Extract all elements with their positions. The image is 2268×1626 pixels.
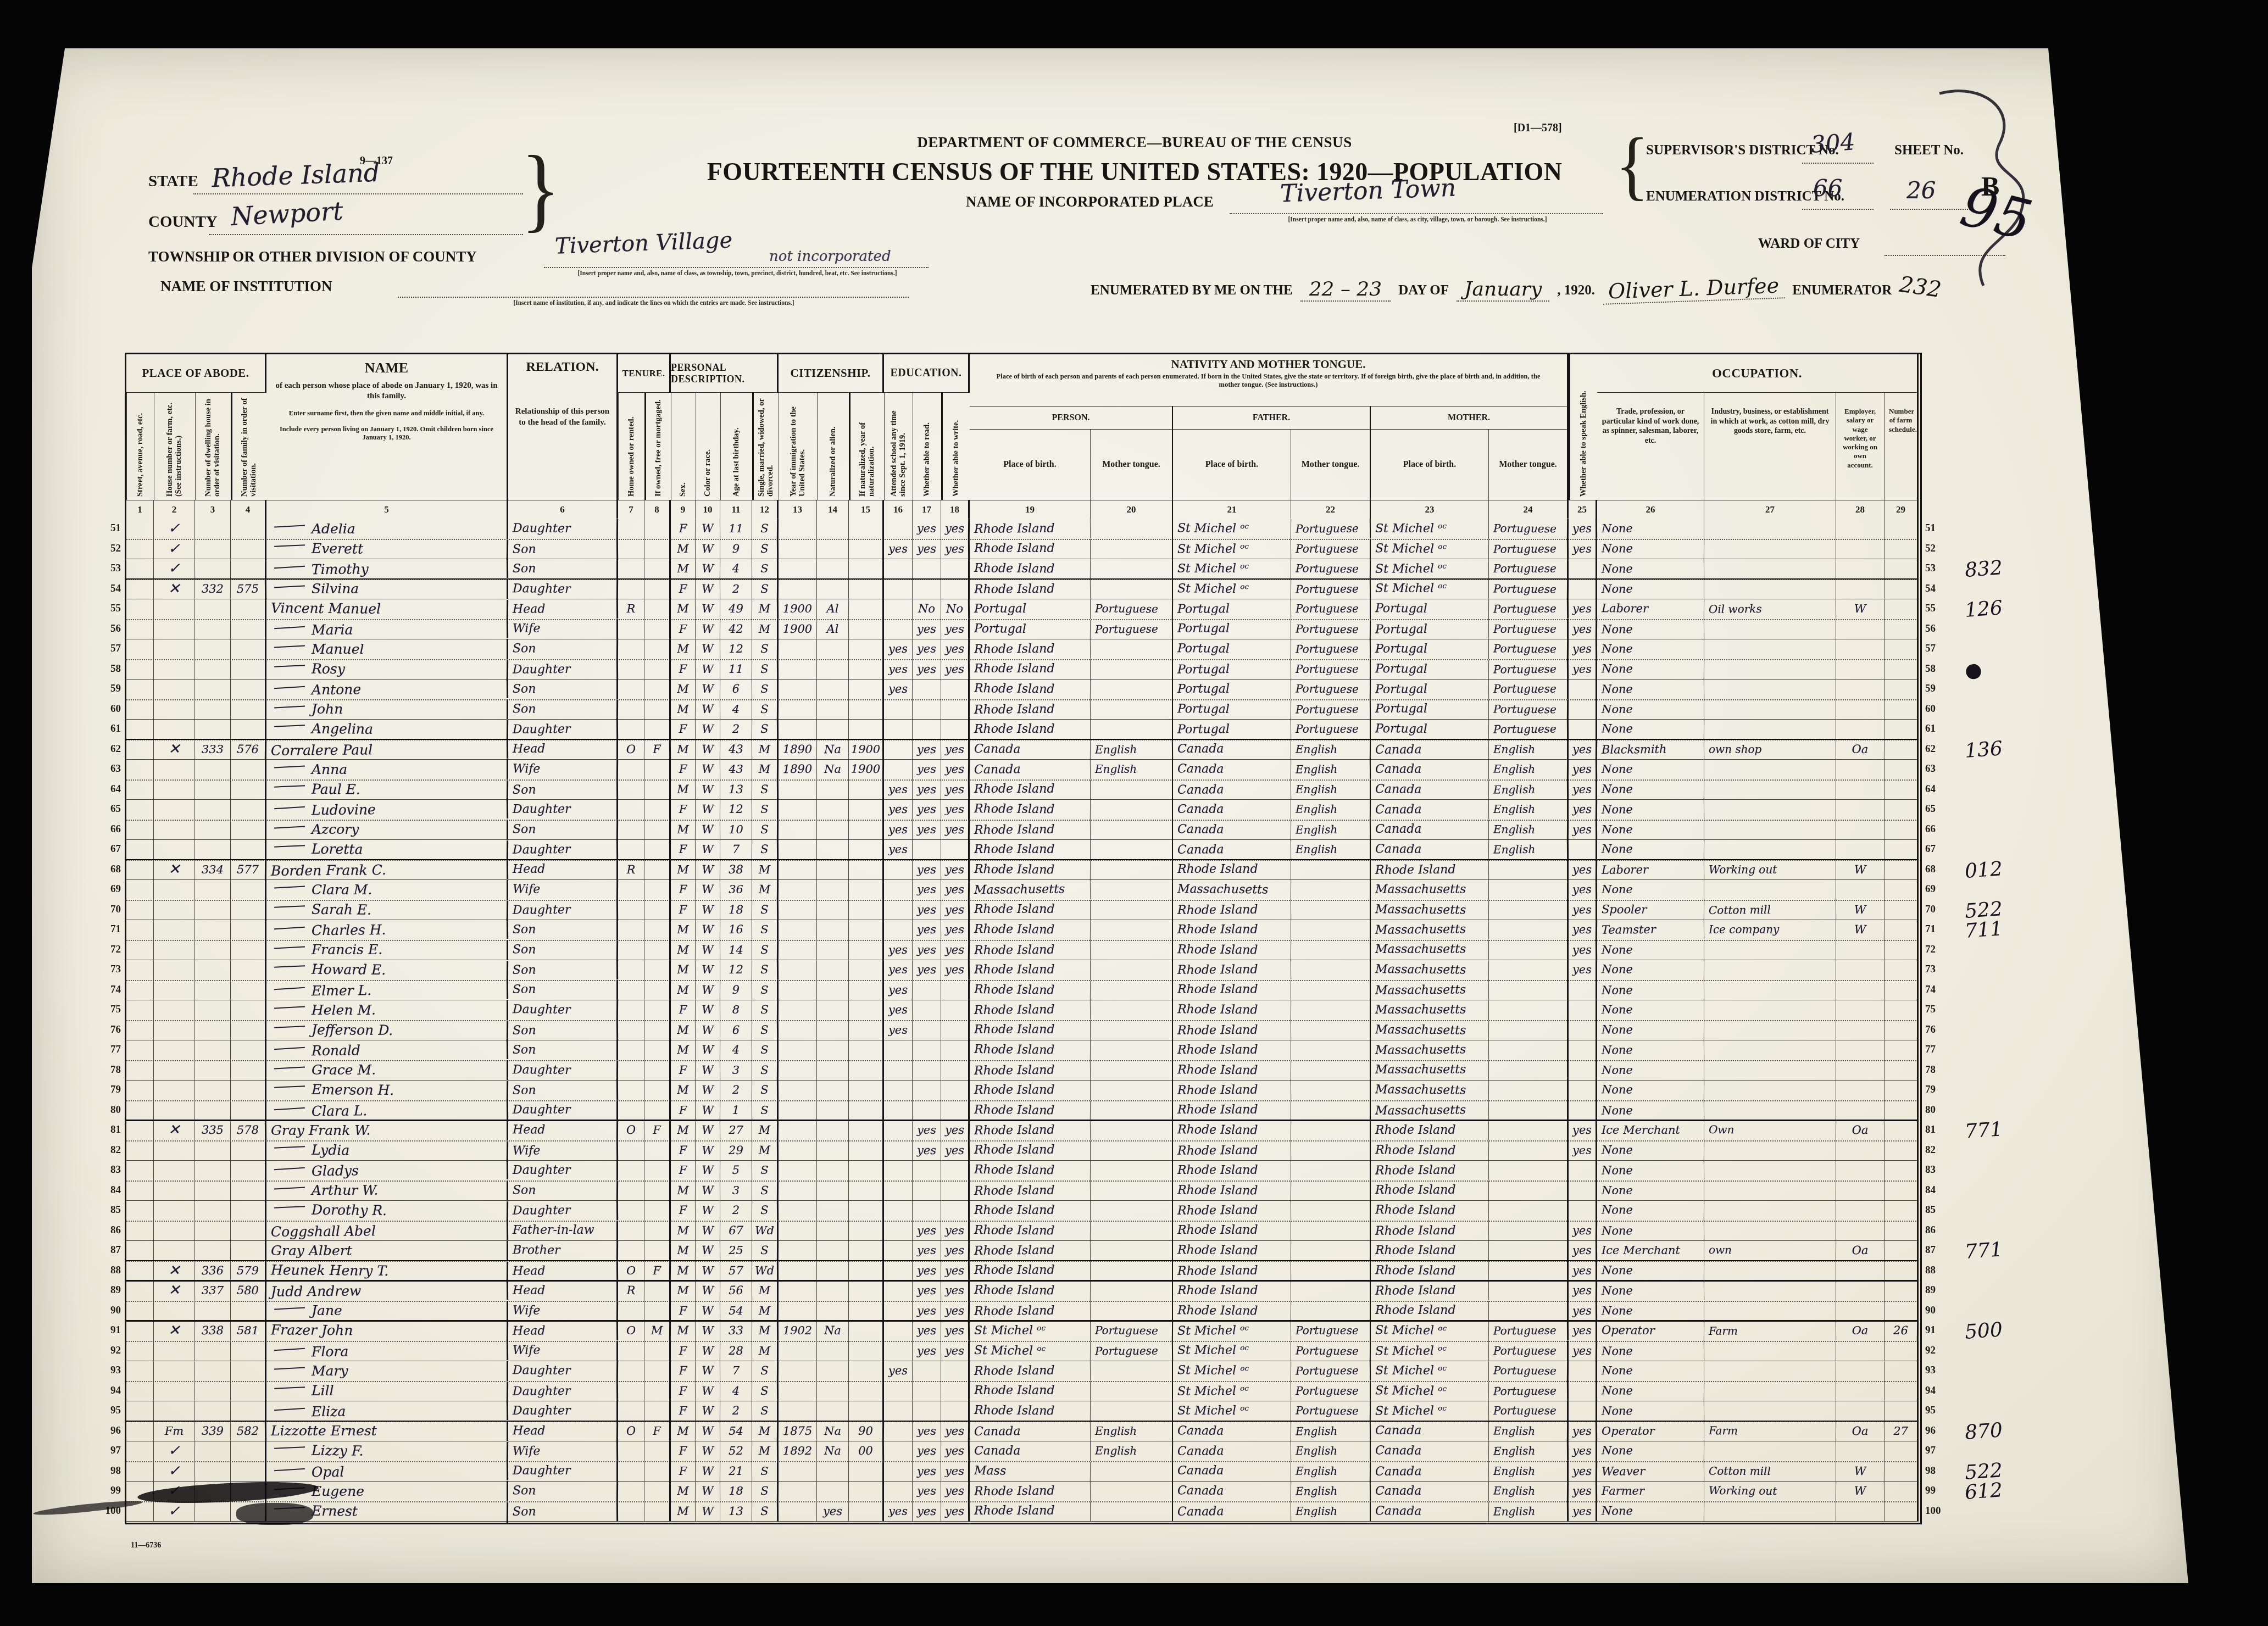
supervisor-district-line: [1802, 162, 1874, 164]
col-20-header: Mother tongue.: [1091, 430, 1173, 500]
r97-c22: English: [1291, 1441, 1371, 1461]
r58-c15: [849, 659, 884, 680]
r78-c8: [644, 1060, 671, 1081]
r53-c10: W: [696, 559, 720, 579]
r60-c21: Portugal: [1173, 699, 1291, 720]
col-number-21: 21: [1173, 500, 1291, 519]
r76-c7: [618, 1020, 644, 1040]
r65-c24: English: [1489, 799, 1569, 820]
r77-c5: Ronald: [266, 1039, 508, 1061]
r94-c25: [1569, 1381, 1597, 1401]
ditto-dash: [274, 686, 305, 689]
table-row: 8282LydiaWifeFW29MyesyesRhode IslandRhod…: [126, 1140, 1919, 1161]
r92-c13: [779, 1341, 817, 1361]
r87-c19: Rhode Island: [970, 1240, 1091, 1261]
r89-c21: Rhode Island: [1173, 1280, 1291, 1301]
col-number-20: 20: [1091, 500, 1173, 519]
table-row: 9393MaryDaughterFW7SyesRhode IslandSt Mi…: [126, 1361, 1919, 1382]
r58-c17: yes: [913, 659, 941, 679]
r77-c29: [1885, 1040, 1919, 1060]
r81-c19: Rhode Island: [970, 1120, 1091, 1140]
r100-c21: Canada: [1173, 1501, 1291, 1522]
r67-c27: [1704, 839, 1836, 860]
r75-c6: Daughter: [508, 999, 618, 1020]
r78-c25: [1569, 1060, 1597, 1081]
r60-c10: W: [696, 699, 720, 719]
r97-c15: 00: [849, 1441, 884, 1461]
r77-c24: [1489, 1040, 1569, 1060]
r66-c8: [644, 820, 671, 840]
r96-c25: yes: [1569, 1421, 1597, 1441]
r62-c18: yes: [941, 739, 970, 760]
r100-c19: Rhode Island: [970, 1501, 1091, 1522]
r66-c15: [849, 820, 884, 840]
r56-c5: Maria: [266, 618, 508, 640]
r77-c7: [618, 1040, 644, 1060]
r90-c4: [231, 1301, 266, 1321]
r52-c6: Son: [508, 538, 618, 559]
r60-c4: [231, 699, 266, 720]
r74-c1: [126, 980, 154, 1000]
r93-c12: S: [752, 1361, 779, 1381]
r52-c10: W: [696, 539, 720, 559]
family-separator: [126, 1120, 1919, 1121]
r74-c20: [1091, 980, 1173, 1000]
r54-c9: F: [671, 578, 696, 599]
r55-c10: W: [696, 599, 720, 619]
r62-c15: 1900: [849, 739, 884, 760]
r94-c14: [817, 1381, 849, 1401]
r79-c7: [618, 1080, 644, 1100]
r86-c18: yes: [941, 1221, 970, 1241]
line-number-left: 66: [96, 820, 121, 840]
r71-c6: Son: [508, 920, 618, 940]
r80-c3: [195, 1100, 231, 1121]
r100-c24: English: [1489, 1501, 1569, 1522]
r96-c18: yes: [941, 1421, 970, 1441]
enumerated-dates: 22 – 23: [1300, 278, 1391, 302]
r52-c9: M: [671, 538, 696, 559]
r69-c15: [849, 879, 884, 900]
table-row: 8484Arthur W.SonMW3SRhode IslandRhode Is…: [126, 1180, 1919, 1201]
r77-c25: [1569, 1040, 1597, 1060]
r52-c26: None: [1597, 538, 1704, 559]
r86-c15: [849, 1221, 884, 1241]
r100-c17: yes: [913, 1501, 941, 1521]
r98-c17: yes: [913, 1461, 941, 1481]
r72-c5: Francis E.: [266, 940, 508, 960]
table-row: 9696870Fm339582Lizzotte ErnestHeadOFMW54…: [126, 1421, 1919, 1442]
r78-c4: [231, 1060, 266, 1081]
ditto-dash: [274, 905, 305, 907]
r78-c12: S: [752, 1060, 779, 1080]
r91-c14: Na: [817, 1321, 849, 1341]
line-number-left: 69: [96, 879, 121, 900]
r88-c14: [817, 1261, 849, 1281]
r74-c23: Massachusetts: [1371, 979, 1489, 1000]
r80-c7: [618, 1100, 644, 1121]
family-separator: [126, 1320, 1919, 1322]
r70-c21: Rhode Island: [1173, 899, 1291, 920]
r51-c9: F: [671, 519, 696, 539]
r92-c4: [231, 1341, 266, 1361]
r53-c11: 4: [720, 559, 752, 579]
r77-c6: Son: [508, 1040, 618, 1060]
nativity-subgroup: MOTHER.: [1371, 406, 1569, 430]
r76-c18: [941, 1020, 970, 1040]
r66-c18: yes: [941, 819, 970, 839]
r80-c21: Rhode Island: [1173, 1100, 1291, 1121]
r65-c23: Canada: [1371, 799, 1489, 820]
r85-c23: Rhode Island: [1371, 1200, 1489, 1221]
r67-c26: None: [1597, 839, 1704, 860]
r79-c24: [1489, 1080, 1569, 1100]
r85-c19: Rhode Island: [970, 1200, 1091, 1221]
line-number-right: 83: [1925, 1160, 1958, 1180]
r95-c28: [1836, 1401, 1885, 1421]
r84-c21: Rhode Island: [1173, 1180, 1291, 1201]
r74-c16: yes: [884, 979, 913, 1000]
r75-c18: [941, 1000, 970, 1020]
r83-c1: [126, 1160, 154, 1180]
r54-c15: [849, 579, 884, 599]
r80-c22: [1291, 1100, 1371, 1121]
r62-c23: Canada: [1371, 739, 1489, 760]
r82-c5: Lydia: [266, 1139, 508, 1161]
r57-c29: [1885, 639, 1919, 659]
r98-c25: yes: [1569, 1461, 1597, 1481]
r61-c16: [884, 719, 913, 739]
r65-c26: None: [1597, 799, 1704, 820]
r95-c8: [644, 1401, 671, 1421]
r89-c8: [644, 1280, 671, 1301]
r52-c21: St Michel ᵒᶜ: [1173, 538, 1291, 559]
r91-c26: Operator: [1597, 1320, 1704, 1341]
r57-c19: Rhode Island: [970, 638, 1091, 659]
r80-c8: [644, 1100, 671, 1121]
r71-c15: [849, 920, 884, 940]
r68-c2: ✕: [154, 859, 195, 879]
r63-c6: Wife: [508, 759, 618, 779]
r82-c21: Rhode Island: [1173, 1140, 1291, 1161]
r89-c10: W: [696, 1280, 720, 1301]
r84-c12: S: [752, 1180, 779, 1200]
line-number-left: 60: [96, 699, 121, 720]
r55-c29: [1885, 599, 1919, 619]
r87-c21: Rhode Island: [1173, 1240, 1291, 1261]
r78-c16: [884, 1060, 913, 1081]
r66-c7: [618, 820, 644, 840]
r98-c2: ✓: [154, 1461, 195, 1481]
institution-note: [Insert name of institution, if any, and…: [401, 300, 907, 307]
r95-c6: Daughter: [508, 1401, 618, 1421]
r100-c22: English: [1291, 1501, 1371, 1522]
r83-c5: Gladys: [266, 1159, 508, 1181]
r82-c26: None: [1597, 1140, 1704, 1161]
r72-c3: [195, 940, 231, 960]
r60-c23: Portugal: [1371, 699, 1489, 720]
r55-c8: [644, 599, 671, 619]
r97-c11: 52: [720, 1441, 752, 1461]
r61-c25: [1569, 719, 1597, 739]
r51-c14: [817, 519, 849, 539]
r56-c28: [1836, 619, 1885, 639]
scan-border-left: [0, 0, 32, 1626]
r62-c28: Oa: [1836, 739, 1885, 759]
line-number-right: 52: [1925, 539, 1958, 559]
r91-c4: 581: [231, 1321, 266, 1341]
r97-c26: None: [1597, 1440, 1704, 1461]
r74-c26: None: [1597, 979, 1704, 1000]
r53-c20: [1091, 559, 1173, 579]
r70-c8: [644, 900, 671, 920]
r80-c25: [1569, 1100, 1597, 1121]
line-number-right: 51: [1925, 519, 1958, 539]
r58-c5: Rosy: [266, 658, 508, 680]
r67-c10: W: [696, 839, 720, 860]
r80-c4: [231, 1100, 266, 1121]
r87-c14: [817, 1240, 849, 1261]
r86-c13: [779, 1221, 817, 1241]
r79-c3: [195, 1080, 231, 1100]
r67-c2: [154, 839, 195, 860]
ditto-dash: [274, 965, 305, 967]
state-label: STATE: [148, 172, 198, 191]
r85-c16: [884, 1200, 913, 1221]
r54-c25: [1569, 579, 1597, 599]
r71-c18: yes: [941, 920, 970, 940]
r79-c29: [1885, 1080, 1919, 1100]
r65-c17: yes: [913, 799, 941, 820]
r65-c28: [1836, 799, 1885, 820]
r57-c4: [231, 639, 266, 659]
r92-c19: St Michel ᵒᶜ: [970, 1340, 1091, 1361]
r51-c6: Daughter: [508, 518, 618, 539]
r100-c8: [644, 1501, 671, 1522]
r100-c14: yes: [817, 1501, 849, 1521]
r73-c16: yes: [884, 960, 913, 980]
r97-c17: yes: [913, 1441, 941, 1461]
r79-c28: [1836, 1080, 1885, 1100]
r51-c18: yes: [941, 519, 970, 539]
r89-c4: 580: [231, 1280, 266, 1301]
r82-c23: Rhode Island: [1371, 1140, 1489, 1161]
r69-c25: yes: [1569, 879, 1597, 900]
r80-c26: None: [1597, 1100, 1704, 1121]
enumerator-signature: Oliver L. Durfee: [1602, 273, 1785, 305]
r62-c11: 43: [720, 739, 752, 759]
r60-c6: Son: [508, 699, 618, 720]
r74-c2: [154, 980, 195, 1000]
r80-c27: [1704, 1100, 1836, 1121]
r51-c15: [849, 519, 884, 539]
r73-c5: Howard E.: [266, 959, 508, 981]
r63-c9: F: [671, 759, 696, 779]
r70-c19: Rhode Island: [970, 900, 1091, 920]
r59-c22: Portuguese: [1291, 678, 1371, 699]
r82-c15: [849, 1140, 884, 1161]
r64-c29: [1885, 779, 1919, 800]
r91-c25: yes: [1569, 1321, 1597, 1341]
line-number-left: 85: [96, 1200, 121, 1221]
r95-c12: S: [752, 1401, 779, 1421]
r62-c22: English: [1291, 739, 1371, 760]
group-title: PERSONAL DESCRIPTION.: [671, 354, 779, 393]
r51-c28: [1836, 519, 1885, 539]
r94-c20: [1091, 1381, 1173, 1401]
supervisor-district-label: SUPERVISOR'S DISTRICT No.: [1646, 143, 1839, 158]
r90-c21: Rhode Island: [1173, 1300, 1291, 1321]
r93-c18: [941, 1361, 970, 1381]
r80-c24: [1489, 1100, 1569, 1121]
enumerator-label: ENUMERATOR: [1792, 283, 1892, 298]
r62-c7: O: [618, 739, 644, 759]
r96-c7: O: [618, 1421, 644, 1441]
line-number-right: 80: [1925, 1100, 1958, 1121]
r81-c28: Oa: [1836, 1120, 1885, 1140]
table-row: 6969Clara M.WifeFW36MyesyesMassachusetts…: [126, 879, 1919, 901]
table-row: 6868012✕334577Borden Frank C.HeadRMW38My…: [126, 860, 1919, 881]
r77-c11: 4: [720, 1040, 752, 1060]
r74-c29: [1885, 980, 1919, 1000]
r82-c27: [1704, 1140, 1836, 1161]
r64-c4: [231, 779, 266, 800]
r60-c17: [913, 699, 941, 720]
ditto-dash: [274, 725, 305, 727]
r55-c26: Laborer: [1597, 598, 1704, 619]
line-number-left: 74: [96, 980, 121, 1000]
r81-c13: [779, 1120, 817, 1140]
r52-c14: [817, 539, 849, 559]
r93-c9: F: [671, 1361, 696, 1381]
r60-c14: [817, 699, 849, 720]
col-number-1: 1: [126, 500, 154, 519]
r54-c28: [1836, 579, 1885, 599]
line-number-right: 75: [1925, 1000, 1958, 1020]
r74-c25: [1569, 980, 1597, 1000]
r53-c18: [941, 559, 970, 579]
r99-c15: [849, 1481, 884, 1501]
r56-c27: [1704, 619, 1836, 639]
nativity-note: Place of birth of each person and parent…: [970, 371, 1567, 390]
r69-c1: [126, 879, 154, 900]
r58-c21: Portugal: [1173, 659, 1291, 680]
family-separator: [126, 1421, 1919, 1422]
r60-c3: [195, 699, 231, 720]
r85-c22: [1291, 1200, 1371, 1221]
r73-c3: [195, 960, 231, 980]
r90-c15: [849, 1301, 884, 1321]
r63-c7: [618, 759, 644, 779]
r78-c1: [126, 1060, 154, 1081]
r99-c9: M: [671, 1481, 696, 1501]
r76-c4: [231, 1020, 266, 1040]
r90-c17: yes: [913, 1301, 941, 1321]
r80-c2: [154, 1100, 195, 1121]
r60-c9: M: [671, 699, 696, 719]
r91-c2: ✕: [154, 1321, 195, 1341]
r97-c13: 1892: [779, 1441, 817, 1461]
r68-c17: yes: [913, 859, 941, 879]
table-row: 8686Coggshall AbelFather-in-lawMW67Wdyes…: [126, 1221, 1919, 1241]
r77-c17: [913, 1040, 941, 1060]
r72-c6: Son: [508, 939, 618, 960]
r80-c15: [849, 1100, 884, 1121]
col-number-16: 16: [884, 500, 913, 519]
r57-c7: [618, 639, 644, 659]
r98-c5: Opal: [266, 1460, 508, 1482]
col-25-header: Whether able to speak English.: [1569, 354, 1597, 500]
r64-c10: W: [696, 779, 720, 800]
r61-c3: [195, 719, 231, 739]
r75-c14: [817, 1000, 849, 1020]
r99-c28: W: [1836, 1481, 1885, 1501]
r86-c14: [817, 1221, 849, 1241]
table-row: 6161AngelinaDaughterFW2SRhode IslandPort…: [126, 719, 1919, 740]
r79-c23: Massachusetts: [1371, 1079, 1489, 1100]
r80-c28: [1836, 1100, 1885, 1121]
line-number-left: 73: [96, 960, 121, 980]
r80-c19: Rhode Island: [970, 1100, 1091, 1121]
r88-c29: [1885, 1261, 1919, 1281]
r79-c13: [779, 1080, 817, 1100]
r99-c13: [779, 1481, 817, 1501]
r100-c6: Son: [508, 1501, 618, 1522]
r95-c21: St Michel ᵒᶜ: [1173, 1401, 1291, 1421]
r59-c9: M: [671, 679, 696, 699]
r66-c6: Son: [508, 819, 618, 840]
r51-c13: [779, 519, 817, 539]
r97-c12: M: [752, 1441, 779, 1461]
r53-c22: Portuguese: [1291, 558, 1371, 579]
r99-c7: [618, 1481, 644, 1501]
line-number-right: 69: [1925, 879, 1958, 900]
family-separator: [126, 1260, 1919, 1262]
r70-c25: yes: [1569, 900, 1597, 920]
r68-c28: W: [1836, 859, 1885, 879]
table-row: 5858●RosyDaughterFW11SyesyesyesRhode Isl…: [126, 659, 1919, 680]
r57-c6: Son: [508, 638, 618, 659]
ditto-dash: [274, 785, 305, 787]
r85-c11: 2: [720, 1200, 752, 1221]
r97-c9: F: [671, 1441, 696, 1461]
r78-c11: 3: [720, 1060, 752, 1081]
r98-c1: [126, 1461, 154, 1482]
ditto-dash: [274, 1066, 305, 1069]
r76-c11: 6: [720, 1020, 752, 1040]
r68-c6: Head: [508, 860, 618, 880]
r82-c29: [1885, 1140, 1919, 1161]
r85-c13: [779, 1200, 817, 1221]
r81-c12: M: [752, 1120, 779, 1140]
r71-c27: Ice company: [1704, 920, 1836, 940]
r54-c20: [1091, 579, 1173, 599]
r54-c5: Silvina: [266, 579, 508, 599]
col-number-4: 4: [231, 500, 266, 519]
r74-c3: [195, 980, 231, 1000]
r73-c21: Rhode Island: [1173, 959, 1291, 980]
r90-c25: yes: [1569, 1300, 1597, 1321]
r59-c3: [195, 679, 231, 699]
nativity-subgroup: FATHER.: [1173, 406, 1371, 430]
district-brace: {: [1615, 126, 1649, 204]
r85-c24: [1489, 1200, 1569, 1221]
r61-c23: Portugal: [1371, 719, 1489, 739]
r96-c29: 27: [1885, 1421, 1919, 1441]
r56-c20: Portuguese: [1091, 619, 1173, 639]
r62-c24: English: [1489, 739, 1569, 760]
col-number-23: 23: [1371, 500, 1489, 519]
